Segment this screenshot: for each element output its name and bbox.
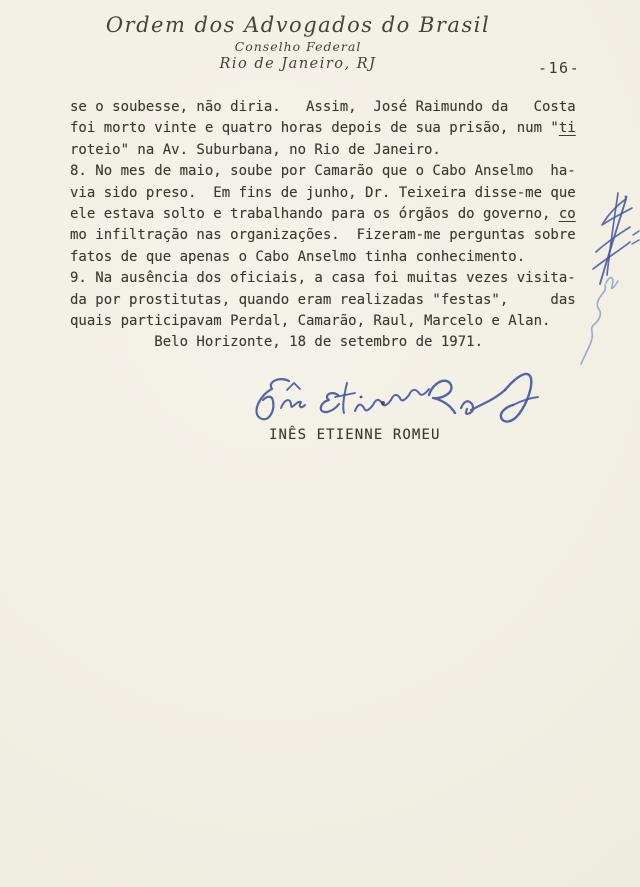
text-line: quais participavam Perdal, Camarão, Raul… [70, 311, 590, 332]
text-line: fatos de que apenas o Cabo Anselmo tinha… [70, 247, 590, 268]
handwritten-signature [243, 368, 548, 436]
page-number: -16- [538, 59, 580, 77]
text-line: mo infiltração nas organizações. Fizeram… [70, 225, 590, 246]
text-line: se o soubesse, não diria. Assim, José Ra… [70, 97, 590, 118]
text-line: roteio" na Av. Suburbana, no Rio de Jane… [70, 140, 590, 161]
text-line: 9. Na ausência dos oficiais, a casa foi … [70, 268, 590, 289]
document-body-text: se o soubesse, não diria. Assim, José Ra… [70, 97, 590, 354]
text-line: ele estava solto e trabalhando para os ó… [70, 204, 590, 225]
text-line: da por prostitutas, quando eram realizad… [70, 290, 590, 311]
margin-initials-annotation [573, 172, 640, 370]
letterhead-division: Conselho Federal [0, 39, 596, 55]
text-line: 8. No mes de maio, soube por Camarão que… [70, 161, 590, 182]
text-line: foi morto vinte e quatro horas depois de… [70, 118, 590, 139]
document-page: Ordem dos Advogados do Brasil Conselho F… [0, 0, 640, 887]
typed-signatory-name: INÊS ETIENNE ROMEU [269, 427, 441, 443]
text-line: Belo Horizonte, 18 de setembro de 1971. [70, 332, 590, 353]
text-line: via sido preso. Em fins de junho, Dr. Te… [70, 183, 590, 204]
letterhead-city: Rio de Janeiro, RJ [0, 55, 596, 73]
letterhead-org-name: Ordem dos Advogados do Brasil [0, 12, 596, 38]
letterhead: Ordem dos Advogados do Brasil Conselho F… [0, 12, 596, 73]
